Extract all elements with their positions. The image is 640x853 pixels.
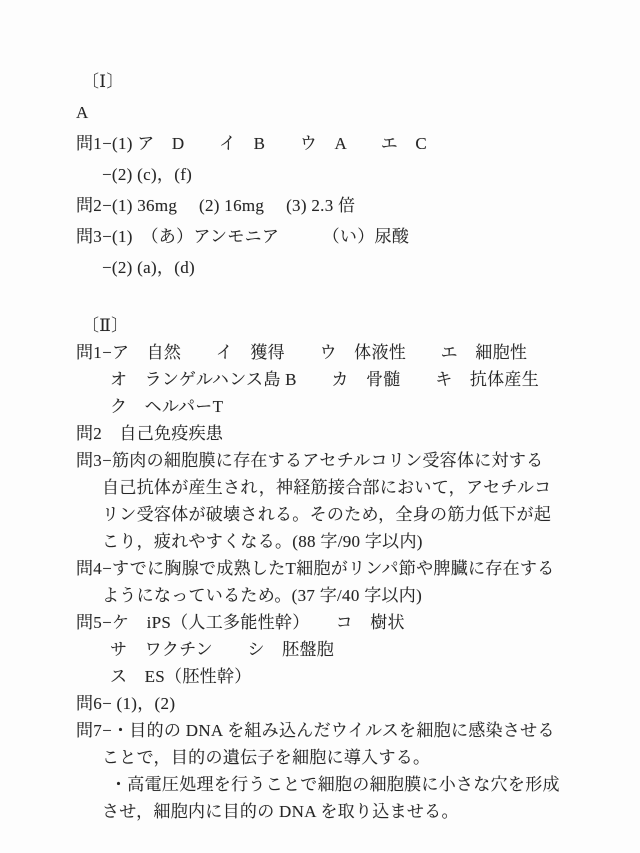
- section-1-heading: 〔Ⅰ〕: [76, 66, 610, 97]
- section-roman-1: 〔Ⅰ〕 A 問1−(1) ア D イ B ウ A エ C −(2) (c)，(f…: [76, 66, 610, 283]
- answer-line-q7-bullet1-2: ことで，目的の遺伝子を細胞に導入する。: [76, 744, 610, 771]
- document-page: 〔Ⅰ〕 A 問1−(1) ア D イ B ウ A エ C −(2) (c)，(f…: [0, 0, 640, 853]
- answer-line-q4-text-2: ようになっているため。(37 字/40 字以内): [76, 582, 610, 609]
- section-roman-2: 〔Ⅱ〕 問1−ア 自然 イ 獲得 ウ 体液性 エ 細胞性 オ ランゲルハンス島 …: [76, 312, 610, 825]
- answer-line-q7-bullet2-2: させ，細胞内に目的の DNA を取り込ませる。: [76, 798, 610, 825]
- answer-line-q1-options-2: オ ランゲルハンス島 B カ 骨髄 キ 抗体産生: [76, 366, 610, 393]
- answer-line-q3-text-1: 問3−筋肉の細胞膜に存在するアセチルコリン受容体に対する: [76, 447, 610, 474]
- answer-line-q4-text-1: 問4−すでに胸腺で成熟したT細胞がリンパ節や脾臓に存在する: [76, 555, 610, 582]
- answer-line-q1-options-1: 問1−ア 自然 イ 獲得 ウ 体液性 エ 細胞性: [76, 339, 610, 366]
- answer-line-q5-options-3: ス ES（胚性幹）: [76, 663, 610, 690]
- answer-line-q1-options-3: ク ヘルパーT: [76, 393, 610, 420]
- part-a-label: A: [76, 97, 610, 128]
- answer-line-q2: 問2 自己免疫疾患: [76, 420, 610, 447]
- answer-line-q7-bullet1-1: 問7−・目的の DNA を組み込んだウイルスを細胞に感染させる: [76, 717, 610, 744]
- answer-line-q3-text-2: 自己抗体が産生され，神経筋接合部において，アセチルコ: [76, 474, 610, 501]
- answer-line-q1-2: −(2) (c)，(f): [76, 159, 610, 190]
- answer-line-q3-2: −(2) (a)，(d): [76, 252, 610, 283]
- answer-sheet: 〔Ⅰ〕 A 問1−(1) ア D イ B ウ A エ C −(2) (c)，(f…: [76, 66, 610, 825]
- answer-line-q3-1: 問3−(1) （あ）アンモニア （い）尿酸: [76, 221, 610, 252]
- section-2-heading: 〔Ⅱ〕: [76, 312, 610, 339]
- answer-line-q7-bullet2-1: ・高電圧処理を行うことで細胞の細胞膜に小さな穴を形成: [76, 771, 610, 798]
- answer-line-q5-options-1: 問5−ケ iPS（人工多能性幹） コ 樹状: [76, 609, 610, 636]
- answer-line-q3-text-4: こり，疲れやすくなる。(88 字/90 字以内): [76, 528, 610, 555]
- answer-line-q3-text-3: リン受容体が破壊される。そのため，全身の筋力低下が起: [76, 501, 610, 528]
- answer-line-q5-options-2: サ ワクチン シ 胚盤胞: [76, 636, 610, 663]
- answer-line-q2: 問2−(1) 36mg (2) 16mg (3) 2.3 倍: [76, 190, 610, 221]
- answer-line-q1-1: 問1−(1) ア D イ B ウ A エ C: [76, 128, 610, 159]
- answer-line-q6: 問6− (1)，(2): [76, 690, 610, 717]
